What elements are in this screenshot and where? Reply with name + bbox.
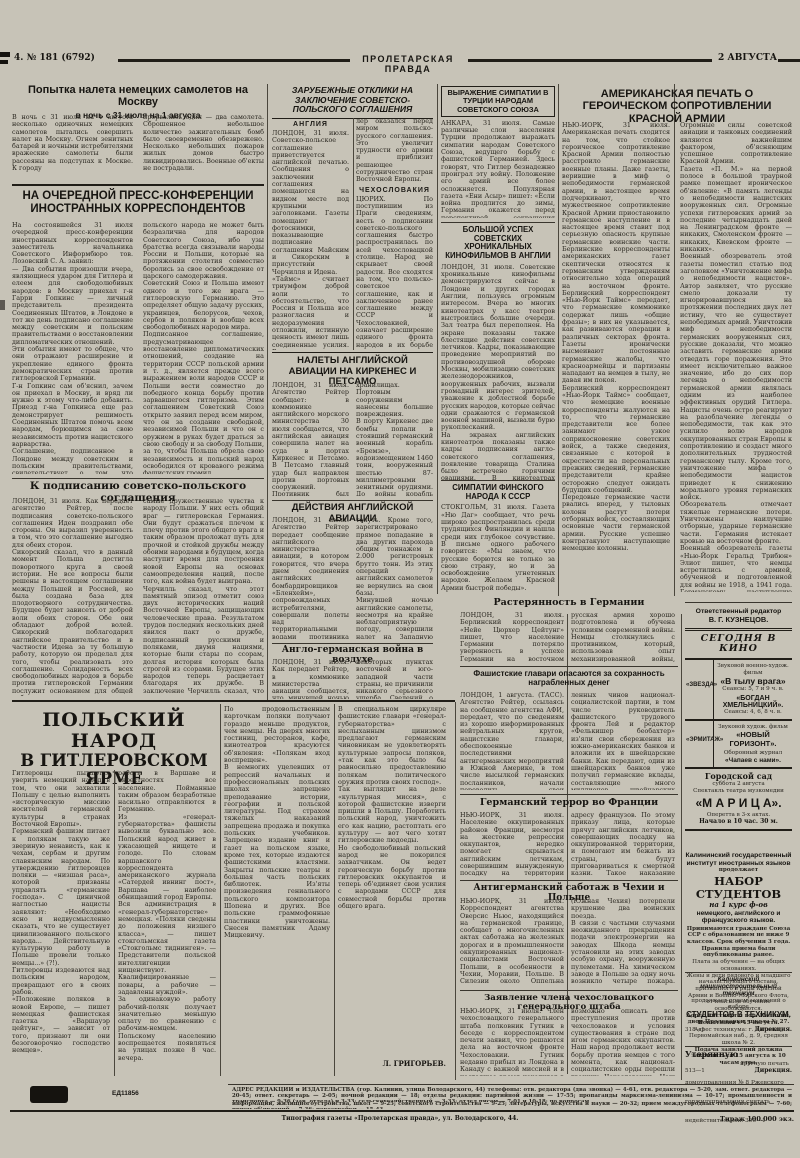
article-divider xyxy=(272,352,433,353)
article-title: ВЫРАЖЕНИЕ СИМПАТИИ В ТУРЦИИ НАРОДАМ СОВЕ… xyxy=(441,86,555,117)
article-title: СИМПАТИИ ФИНСКОГО НАРОДА К СССР xyxy=(441,484,555,501)
article-divider xyxy=(460,990,678,991)
article-title: Растерянность в Германии xyxy=(460,598,678,608)
ad-org: Калининский государственный институт ино… xyxy=(685,852,792,867)
article-col: НЬЮ-ЙОРК, 31 июля. Член чехословацкого г… xyxy=(460,1008,564,1076)
imprint-bottom-rule xyxy=(10,1110,794,1112)
article-divider xyxy=(441,480,555,481)
ad-verb: продолжает прием заявлений о наборе xyxy=(685,998,792,1011)
article-divider xyxy=(272,643,433,644)
editor-block: Ответственный редактор В. Г. КУЗНЕЦОВ. xyxy=(685,608,792,624)
circulation: Тираж 100.000 экз. xyxy=(690,1116,794,1123)
editor-name: В. Г. КУЗНЕЦОВ. xyxy=(685,616,792,624)
article-german-terror-france: Германский террор во Франции НЬЮ-ЙОРК, 3… xyxy=(460,798,678,878)
article-turkey-sympathy: ВЫРАЖЕНИЕ СИМПАТИИ В ТУРЦИИ НАРОДАМ СОВЕ… xyxy=(441,86,555,220)
article-divider xyxy=(12,478,264,479)
section-text: лер оказался перед миром польско-русског… xyxy=(356,118,433,184)
garden-date: суббота 2 августа xyxy=(687,781,790,788)
film-type: Звуковой военно-худож. фильм xyxy=(716,663,790,676)
column-rule xyxy=(267,84,268,700)
ink-stamp xyxy=(30,1086,68,1103)
article-col: Огромные силы советской авиации и танков… xyxy=(680,122,792,592)
article-body: АНКАРА, 31 июля. Самые различные слои на… xyxy=(441,120,555,218)
ad-org: Калининский машиностроительный техникум xyxy=(685,976,792,998)
article-col: работы в Варшаве и окрестностях все насе… xyxy=(118,770,216,1076)
column-rule xyxy=(114,770,115,1076)
section-text: ЦЮРИХ. По поступившим из Праги сведениям… xyxy=(356,196,433,350)
article-divider xyxy=(441,222,555,223)
article-col: самые дружественные чувства к народу Пол… xyxy=(143,498,264,696)
ad-langs: немецкого, английского и французского яз… xyxy=(685,910,792,925)
cinema-name: «ЭРМИТАЖ» xyxy=(685,721,714,767)
article-col: ЛОНДОН, 31 июля. Берлинский корреспонден… xyxy=(460,612,564,662)
film-title: «БОГДАН ХМЕЛЬНИЦКИЙ». xyxy=(716,695,790,709)
newspaper-title: ПРОЛЕТАРСКАЯ ПРАВДА xyxy=(352,54,464,74)
article-col: тонуть. Кроме того, зарегистрировано пря… xyxy=(356,517,433,639)
film-seances: Сеансы: 4, 6, 8 ч. в. xyxy=(716,709,790,716)
article-col: ЛОНДОН, 1 августа. (ТАСС). Агентство Рей… xyxy=(460,692,564,790)
article-finnish-sympathy: СИМПАТИИ ФИНСКОГО НАРОДА К СССР СТОКГОЛЬ… xyxy=(441,484,555,594)
garden-title: Городской сад xyxy=(687,772,790,781)
film-title: «НОВЫЙ ГОРИЗОНТ». xyxy=(716,730,790,748)
article-title: АМЕРИКАНСКАЯ ПЕЧАТЬ О ГЕРОИЧЕСКОМ СОПРОТ… xyxy=(562,88,792,125)
ad-address: Адрес техникума: г. Калинин, Первомайска… xyxy=(685,1027,792,1047)
issue-number: 4. № 181 (6792) xyxy=(14,54,95,64)
garden-theatre: Городской сад суббота 2 августа Спектакл… xyxy=(685,769,792,829)
article-title: Германский террор во Франции xyxy=(460,798,678,808)
article-col: На состоявшейся 31 июля очередной пресс-… xyxy=(12,222,133,474)
garden-spectacle: Спектакль театра музкомедии xyxy=(687,788,790,795)
article-col: польского народа не может быть безразлич… xyxy=(143,222,264,474)
article-divider xyxy=(460,794,678,795)
imprint-line-1: АДРЕС РЕДАКЦИИ и ИЗДАТЕЛЬСТВА (гор. Кали… xyxy=(232,1087,792,1102)
article-body: СТОКГОЛЬМ, 31 июля. Газета «Ню Даг» сооб… xyxy=(441,504,555,592)
section-text: ЛОНДОН, 31 июля. Советско-польское согла… xyxy=(272,130,349,350)
article-czech-staff-statement: Заявление члена чехословацкого генеральн… xyxy=(460,994,678,1078)
column-rule xyxy=(455,702,456,1080)
masthead: 4. № 181 (6792) ПРОЛЕТАРСКАЯ ПРАВДА 2 АВ… xyxy=(0,48,800,72)
article-col: По продовольственным карточкам поляки по… xyxy=(224,706,330,1076)
article-col: (Южная Чехия) потерпели крушение два вои… xyxy=(571,898,675,986)
article-col: В специальном циркуляре фашистские глава… xyxy=(338,706,446,1056)
foreign-echo-col2: лер оказался перед миром польско-русског… xyxy=(356,118,433,350)
article-col: НЬЮ-ЙОРК, 31 июля. Корреспондент агентст… xyxy=(460,898,564,986)
article-col: хранилищах. Портовым сооружениям нанесен… xyxy=(356,382,433,496)
ad-cond: Плата за обучение — на общих основаниях. xyxy=(685,959,792,972)
article-col: ЛОНДОН, 31 июля. Агентство Рейтер переда… xyxy=(272,517,349,639)
ad-verb: продолжает xyxy=(685,867,792,874)
column-rule xyxy=(681,614,682,1080)
notice-lead: Утерянную xyxy=(685,1050,738,1059)
operetta-start: Начало в 10 час. 30 м. xyxy=(687,819,790,826)
article-divider xyxy=(685,602,792,603)
article-press-conference: НА ОЧЕРЕДНОЙ ПРЕСС-КОНФЕРЕНЦИИ ИНОСТРАНН… xyxy=(12,190,264,476)
article-col: ЛОНДОН, 31 июля. Как передает Рейтер, в … xyxy=(272,659,349,699)
newspaper-page: 4. № 181 (6792) ПРОЛЕТАРСКАЯ ПРАВДА 2 АВ… xyxy=(0,0,800,1158)
column-rule xyxy=(220,704,221,1076)
ad-divider xyxy=(685,972,792,973)
article-col: НЬЮ-ЙОРК, 31 июля. Население оккупирован… xyxy=(460,812,564,876)
article-col: некоторых пунктах восточной и юго-западн… xyxy=(356,659,433,699)
film-title: «В тылу врага» xyxy=(716,676,790,686)
article-signature: Л. ГРИГОРЬЕВ. xyxy=(338,1060,446,1068)
article-col: ленных чинов национал-социалистской парт… xyxy=(571,692,675,790)
article-divider xyxy=(12,184,264,186)
section-heading-czechoslovakia: ЧЕХОСЛОВАКИЯ xyxy=(356,187,433,194)
imprint-line-2: информации, жилищногоустройства, школ — … xyxy=(232,1101,792,1109)
masthead-date: 2 АВГУСТА xyxy=(718,54,777,64)
article-american-press: АМЕРИКАНСКАЯ ПЕЧАТЬ О ГЕРОИЧЕСКОМ СОПРОТ… xyxy=(562,88,792,596)
article-title: БОЛЬШОЙ УСПЕХ СОВЕТСКИХ ХРОНИКАЛЬНЫХ КИН… xyxy=(441,226,555,261)
film-journal-title: «Чапаев с нами». xyxy=(716,757,790,764)
ad-title: СТУДЕНТОВ В ТЕХНИКУМ. xyxy=(685,1011,792,1020)
article-title: НА ОЧЕРЕДНОЙ ПРЕСС-КОНФЕРЕНЦИИ ИНОСТРАНН… xyxy=(12,190,264,216)
ad-title: НАБОР СТУДЕНТОВ xyxy=(685,875,792,900)
masthead-rule-right xyxy=(468,59,712,62)
article-kirkenes-raids: НАЛЕТЫ АНГЛИЙСКОЙ АВИАЦИИ НА КИРКЕНЕС И … xyxy=(272,356,433,498)
article-divider xyxy=(12,700,455,702)
foreign-echo-col1: АНГЛИЯ ЛОНДОН, 31 июля. Советско-польско… xyxy=(272,118,349,350)
article-col: прорвались один — два самолета. Сброшенн… xyxy=(143,114,264,178)
article-title: ЗАРУБЕЖНЫЕ ОТКЛИКИ НА ЗАКЛЮЧЕНИЕ СОВЕТСК… xyxy=(272,86,433,119)
ad-cond: Правила приема были опубликованы ранее. xyxy=(685,946,792,959)
typography-line: Типография газеты «Пролетарская правда»,… xyxy=(230,1116,570,1123)
ad-exam: Испытания с 15 августа. xyxy=(685,1020,792,1027)
article-confusion-germany: Растерянность в Германии ЛОНДОН, 31 июля… xyxy=(460,598,678,664)
masthead-rule-end xyxy=(778,59,800,62)
article-col: НЬЮ-ЙОРК, 31 июля. Американская печать с… xyxy=(562,122,670,592)
ad-cond: Принимаются граждане Союза ССР с образов… xyxy=(685,926,792,946)
ad-course: на 1 курс ф-ов xyxy=(685,901,792,909)
article-title: Попытка налета немецких самолетов на Мос… xyxy=(12,84,264,109)
article-soviet-films: БОЛЬШОЙ УСПЕХ СОВЕТСКИХ ХРОНИКАЛЬНЫХ КИН… xyxy=(441,226,555,478)
masthead-rule-left xyxy=(118,59,350,62)
article-nazi-loot: Фашистские главари опасаются за сохранно… xyxy=(460,670,678,792)
article-col: возможно описать все преступления против… xyxy=(571,1008,675,1076)
cinema-box: СЕГОДНЯ В КИНО «ЗВЕЗДА» Звуковой военно-… xyxy=(685,628,792,831)
article-col: ЛОНДОН, 31 июля. Агентство Рейтер сообща… xyxy=(272,382,349,496)
column-rule xyxy=(437,84,438,594)
scan-artifact xyxy=(0,300,5,310)
article-col: В ночь с 31 июля на 1 августа несколько … xyxy=(12,114,133,178)
article-body: ЛОНДОН, 31 июля. Советские хроникальные … xyxy=(441,264,555,480)
article-anti-german-sabotage: Антигерманский саботаж в Чехии и Польше … xyxy=(460,884,678,988)
article-divider xyxy=(460,880,678,881)
film-type: Звуковой худож. фильм xyxy=(716,724,790,731)
column-rule xyxy=(334,704,335,1076)
cinema-name: «ЗВЕЗДА» xyxy=(685,660,714,719)
print-stamp-number: ЕД11856 xyxy=(112,1090,139,1097)
headline-line-1: ПОЛЬСКИЙ НАРОД xyxy=(14,710,214,752)
article-air-war: Англо-германская война в воздухе ЛОНДОН,… xyxy=(272,646,433,700)
article-polish-yoke: ПОЛЬСКИЙ НАРОД В ГИТЛЕРОВСКОМ ЯРМЕ Гитле… xyxy=(12,704,452,1078)
notice-divider xyxy=(685,1046,792,1047)
column-rule xyxy=(353,118,354,350)
article-col: адресу французов. По этому приказу лица,… xyxy=(571,812,675,876)
column-rule xyxy=(558,84,559,596)
article-moscow-raid: Попытка налета немецких самолетов на Мос… xyxy=(12,84,264,182)
film-seances: Сеансы: 5, 7 и 9 ч. в. xyxy=(716,686,790,693)
operetta-title: «М А Р И Ц А». xyxy=(687,796,790,810)
section-heading-england: АНГЛИЯ xyxy=(272,121,349,128)
article-title: Фашистские главари опасаются за сохранно… xyxy=(460,670,678,688)
cinema-row-zvezda: «ЗВЕЗДА» Звуковой военно-худож. фильм «В… xyxy=(685,660,792,721)
article-divider xyxy=(272,500,433,501)
article-raf-actions: ДЕЙСТВИЯ АНГЛИЙСКОЙ АВИАЦИИ ЛОНДОН, 31 и… xyxy=(272,503,433,641)
imprint-rule xyxy=(228,1084,794,1085)
article-col: Гитлеровцы пытаются уверить немецкий нар… xyxy=(12,770,110,1076)
film-journal: Оборонный журнал xyxy=(716,750,790,757)
article-col: русская армия хорошо подготовлена и обуч… xyxy=(571,612,675,662)
article-signing: К подписанию советско-польского соглашен… xyxy=(12,481,264,697)
article-col: ЛОНДОН, 31 июля. Как передает агентство … xyxy=(12,498,133,696)
article-foreign-echo: ЗАРУБЕЖНЫЕ ОТКЛИКИ НА ЗАКЛЮЧЕНИЕ СОВЕТСК… xyxy=(272,86,433,350)
cinema-row-ermitazh: «ЭРМИТАЖ» Звуковой худож. фильм «НОВЫЙ Г… xyxy=(685,721,792,769)
article-divider xyxy=(460,666,678,667)
cinema-box-title: СЕГОДНЯ В КИНО xyxy=(685,631,792,660)
